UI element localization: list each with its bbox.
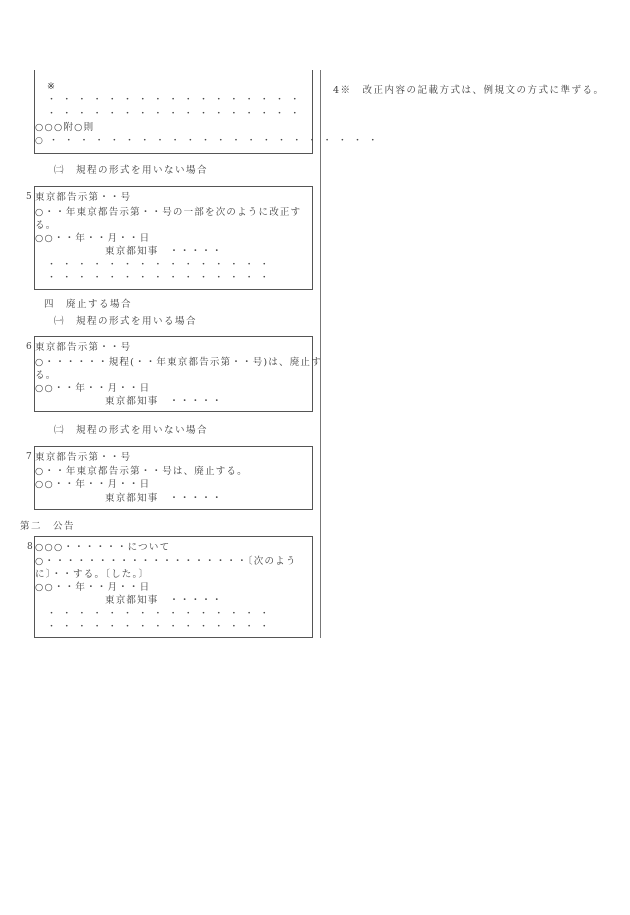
governor-signature: 東京都知事 ・・・・・ xyxy=(105,245,223,258)
example-number: 5 xyxy=(26,192,32,202)
governor-signature: 東京都知事 ・・・・・ xyxy=(105,395,223,408)
form-box-7: 東京都告示第・・号 ○・・年東京都告示第・・号は、廃止する。 ○○・・年・・月・… xyxy=(34,446,313,510)
heading-no-regulation-form: ㈡ 規程の形式を用いない場合 xyxy=(54,422,208,436)
dots-row: ・・・・・・・・・・・・・・・ xyxy=(47,259,275,272)
notice-body-cont: る。 xyxy=(35,369,56,382)
dots-row: ・・・・・・・・・・・・・・・・・ xyxy=(47,94,305,107)
dots-row: ○・・・・・・・・・・・・・・・・・・・・・・ xyxy=(35,135,383,148)
document-page: ※ ・・・・・・・・・・・・・・・・・ ・・・・・・・・・・・・・・・・・ ○○… xyxy=(0,0,630,915)
notice-body: ○・・年東京都告示第・・号の一部を次のように改正す xyxy=(35,206,301,219)
heading-no-regulation-form: ㈡ 規程の形式を用いない場合 xyxy=(54,162,208,176)
section-public-notice: 第二 公告 xyxy=(20,518,75,532)
dots-row: ・・・・・・・・・・・・・・・ xyxy=(47,621,275,634)
example-number: 6 xyxy=(26,342,32,352)
notice-body: ○・・・・・・・・・・・・・・・・・・・〔次のよう xyxy=(35,555,297,568)
notice-number: 東京都告示第・・号 xyxy=(35,341,131,354)
heading-abolition: 四 廃止する場合 xyxy=(44,296,132,310)
form-box-6: 東京都告示第・・号 ○・・・・・・規程(・・年東京都告示第・・号)は、廃止す る… xyxy=(34,336,313,412)
example-number: 8 xyxy=(27,542,33,552)
dots-row: ・・・・・・・・・・・・・・・ xyxy=(47,272,275,285)
column-divider xyxy=(320,70,321,638)
notice-number: 東京都告示第・・号 xyxy=(35,191,131,204)
form-box-8: ○○○・・・・・・について ○・・・・・・・・・・・・・・・・・・・〔次のよう … xyxy=(34,536,313,638)
notice-date: ○○・・年・・月・・日 xyxy=(35,478,150,491)
notice-date: ○○・・年・・月・・日 xyxy=(35,232,150,245)
example-number: 7 xyxy=(26,452,32,462)
governor-signature: 東京都知事 ・・・・・ xyxy=(105,594,223,607)
note-mark: ※ xyxy=(47,80,56,93)
notice-date: ○○・・年・・月・・日 xyxy=(35,382,150,395)
note-amendment-format: 4※ 改正内容の記載方式は、例規文の方式に準ずる。 xyxy=(333,82,605,96)
governor-signature: 東京都知事 ・・・・・ xyxy=(105,492,223,505)
supplementary-provision: ○○○附○則 xyxy=(35,121,94,134)
notice-body-cont: る。 xyxy=(35,219,56,232)
notice-subject: ○○○・・・・・・について xyxy=(35,541,170,554)
dots-row: ・・・・・・・・・・・・・・・・・ xyxy=(47,108,305,121)
notice-body: ○・・年東京都告示第・・号は、廃止する。 xyxy=(35,465,248,478)
notice-number: 東京都告示第・・号 xyxy=(35,451,131,464)
notice-date: ○○・・年・・月・・日 xyxy=(35,581,150,594)
form-box-5: 東京都告示第・・号 ○・・年東京都告示第・・号の一部を次のように改正す る。 ○… xyxy=(34,186,313,290)
notice-body-cont: に〕・・する。〔した。〕 xyxy=(35,568,149,581)
heading-regulation-form: ㈠ 規程の形式を用いる場合 xyxy=(54,313,197,327)
notice-body: ○・・・・・・規程(・・年東京都告示第・・号)は、廃止す xyxy=(35,356,322,369)
form-box-top: ※ ・・・・・・・・・・・・・・・・・ ・・・・・・・・・・・・・・・・・ ○○… xyxy=(34,70,313,154)
dots-row: ・・・・・・・・・・・・・・・ xyxy=(47,608,275,621)
